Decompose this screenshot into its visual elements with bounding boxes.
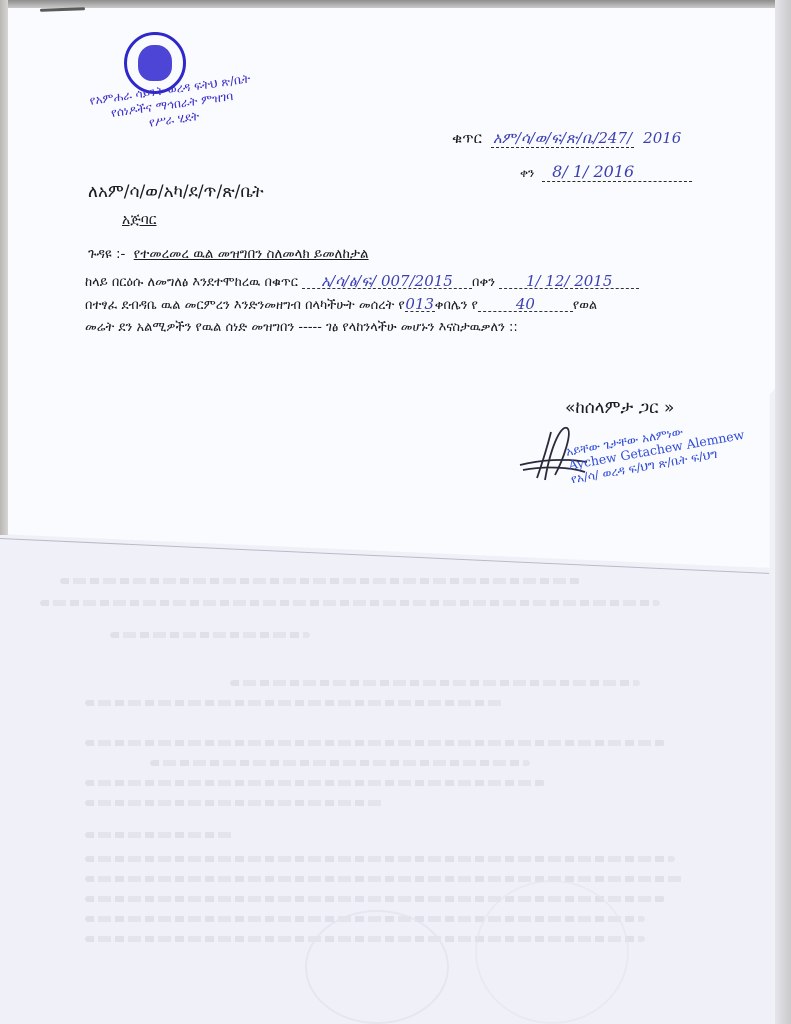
faded-seal-icon (305, 910, 449, 1024)
faded-text-line (150, 760, 530, 766)
reference-label: ቁጥር (452, 129, 482, 147)
subject-line: ጉዳዩ :- የተመረመረ ዉል መዝግበን ስለመላክ ይመለከታል (88, 246, 369, 262)
faded-text-line (85, 780, 545, 786)
date-row: ቀን 8/ 1/ 2016 (520, 162, 692, 182)
faded-text-line (85, 832, 235, 838)
subject-text: የተመረመረ ዉል መዝግበን ስለመላክ ይመለከታል (134, 246, 369, 262)
faded-text-line (60, 578, 580, 584)
handwritten-count: 013 (405, 297, 435, 312)
body-text: በተፃፈ ደብዳቤ ዉል መርምረን እንድንመዘግብ በላካችሁት መሰረት … (85, 298, 405, 313)
faded-text-line (230, 680, 640, 686)
body-text: የወል (573, 298, 597, 313)
body-text: ከላይ በርዕሱ ለመግለፅ እንደተሞከረዉ በቁጥር (85, 275, 298, 290)
paper-stack-left-edge (0, 0, 8, 535)
date-label: ቀን (520, 166, 534, 180)
copy-label: አጅባር (122, 212, 156, 228)
handwritten-date: 1/ 12/ 2015 (499, 274, 639, 289)
reference-number-row: ቁጥር አም/ሳ/ወ/ፍ/ጽ/ቤ/247/ 2016 (452, 128, 681, 148)
faded-text-line (110, 632, 310, 638)
body-date-label: በቀን (472, 275, 495, 290)
body-text: ቀበሌን የ (435, 298, 478, 313)
faded-text-line (85, 856, 675, 862)
faded-text-line (85, 876, 685, 882)
handwritten-reference: አ/ሳ/ፅ/ፍ/ 007/2015 (302, 274, 472, 289)
faded-stamp-icon (475, 880, 629, 1024)
body-text: መሬት ደን አልሚዎችን የዉል ሰነድ መዝግበን ----- ገፅ የላከ… (85, 320, 518, 335)
subject-label: ጉዳዩ :- (88, 246, 125, 262)
faded-text-line (85, 700, 505, 706)
reference-number: አም/ሳ/ወ/ፍ/ጽ/ቤ/247/ (491, 129, 634, 148)
seal-emblem-icon (138, 45, 172, 81)
date-value: 8/ 1/ 2016 (542, 162, 692, 182)
body-line-1: ከላይ በርዕሱ ለመግለፅ እንደተሞከረዉ በቁጥር አ/ሳ/ፅ/ፍ/ 00… (85, 274, 639, 290)
faded-text-line (40, 600, 660, 606)
body-line-2: በተፃፈ ደብዳቤ ዉል መርምረን እንድንመዘግብ በላካችሁት መሰረት … (85, 297, 597, 313)
closing-salutation: «ከሰላምታ ጋር » (565, 398, 674, 418)
reference-year: 2016 (643, 129, 681, 147)
faded-text-line (85, 740, 665, 746)
faded-text-line (85, 800, 385, 806)
paper-stack-right-edge (775, 0, 791, 1024)
body-line-3: መሬት ደን አልሚዎችን የዉል ሰነድ መዝግበን ----- ገፅ የላከ… (85, 320, 518, 335)
handwritten-count: 40 (478, 297, 573, 312)
paper-stack-top-edge (0, 0, 791, 9)
recipient: ለአም/ሳ/ወ/አካ/ደ/ጥ/ጽ/ቤት (88, 182, 264, 202)
